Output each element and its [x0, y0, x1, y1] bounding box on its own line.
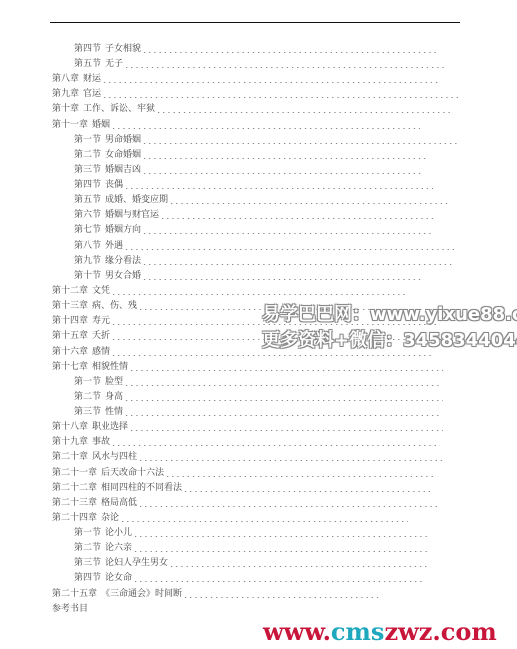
- toc-chapter-entry[interactable]: 第十二章文凭: [52, 284, 405, 299]
- dot-leader: [156, 112, 450, 113]
- watermark-line-1: 易学巴巴网：www.yixue88.cn: [262, 300, 517, 326]
- toc-entry-title: 身高: [105, 390, 124, 405]
- dot-leader: [124, 249, 455, 250]
- toc-chapter-entry[interactable]: 参考书目: [52, 602, 93, 617]
- toc-section-entry[interactable]: 第三节婚姻吉凶: [74, 163, 423, 178]
- toc-entry-title: 事故: [92, 435, 111, 450]
- toc-entry-number: 第十四章: [52, 314, 88, 329]
- dot-leader: [102, 82, 438, 83]
- toc-entry-number: 第三节: [74, 163, 101, 178]
- toc-section-entry[interactable]: 第二节论六亲: [74, 541, 428, 556]
- dot-leader: [183, 491, 434, 492]
- dot-leader: [160, 218, 435, 219]
- toc-entry-number: 参考书目: [52, 602, 88, 617]
- dot-leader: [129, 430, 443, 431]
- toc-chapter-entry[interactable]: 第二十二章相同四柱的不同看法: [52, 481, 434, 496]
- toc-section-entry[interactable]: 第六节婚姻与财官运: [74, 208, 435, 223]
- toc-entry-number: 第一节: [74, 526, 101, 541]
- toc-section-entry[interactable]: 第一节论小儿: [74, 526, 428, 541]
- toc-section-entry[interactable]: 第三节性情: [74, 405, 440, 420]
- toc-chapter-entry[interactable]: 第二十四章杂论: [52, 511, 408, 526]
- toc-section-entry[interactable]: 第二节身高: [74, 390, 443, 405]
- toc-entry-number: 第十一章: [52, 118, 88, 133]
- toc-section-entry[interactable]: 第五节无子: [74, 57, 445, 72]
- dot-leader: [111, 128, 420, 129]
- toc-entry-number: 第九章: [52, 87, 79, 102]
- dot-leader: [124, 385, 440, 386]
- toc-section-entry[interactable]: 第九节缘分看法: [74, 254, 455, 269]
- dot-leader: [111, 294, 405, 295]
- toc-entry-title: 夭折: [92, 329, 111, 344]
- toc-entry-number: 第九节: [74, 254, 101, 269]
- toc-entry-title: 脸型: [105, 375, 124, 390]
- toc-chapter-entry[interactable]: 第十七章相貌性情: [52, 360, 443, 375]
- dot-leader: [142, 158, 428, 159]
- site-watermark-part3: zwz.com: [384, 617, 496, 646]
- dot-leader: [138, 460, 443, 461]
- toc-entry-title: 寿元: [92, 314, 111, 329]
- toc-entry-number: 第二十章: [52, 450, 88, 465]
- toc-chapter-entry[interactable]: 第九章官运: [52, 87, 460, 102]
- toc-entry-title: 职业选择: [92, 420, 129, 435]
- toc-entry-number: 第三节: [74, 556, 101, 571]
- dot-leader: [124, 415, 440, 416]
- toc-entry-title: 缘分看法: [105, 254, 142, 269]
- toc-entry-title: 《三命通会》时间断: [101, 587, 183, 602]
- toc-entry-number: 第二十四章: [52, 511, 97, 526]
- site-watermark-part2: cms: [331, 617, 385, 646]
- toc-entry-number: 第二十一章: [52, 466, 97, 481]
- toc-entry-number: 第八章: [52, 72, 79, 87]
- toc-entry-title: 论小儿: [105, 526, 133, 541]
- toc-entry-title: 后天改命十六法: [101, 466, 165, 481]
- toc-entry-title: 杂论: [101, 511, 120, 526]
- toc-chapter-entry[interactable]: 第八章财运: [52, 72, 438, 87]
- toc-entry-title: 财运: [83, 72, 102, 87]
- toc-entry-number: 第十三章: [52, 299, 88, 314]
- toc-entry-title: 感情: [92, 345, 111, 360]
- toc-section-entry[interactable]: 第一节脸型: [74, 375, 440, 390]
- toc-entry-number: 第十节: [74, 269, 101, 284]
- dot-leader: [133, 536, 428, 537]
- dot-leader: [142, 52, 438, 53]
- toc-entry-number: 第五节: [74, 193, 101, 208]
- dot-leader: [120, 521, 408, 522]
- toc-entry-title: 无子: [105, 57, 124, 72]
- toc-chapter-entry[interactable]: 第十章工作、诉讼、牢狱: [52, 102, 450, 117]
- toc-entry-number: 第一节: [74, 375, 101, 390]
- toc-section-entry[interactable]: 第七节婚姻方向: [74, 223, 433, 238]
- toc-entry-title: 成婚、婚变应期: [105, 193, 169, 208]
- dot-leader: [133, 581, 422, 582]
- dot-leader: [183, 597, 382, 598]
- toc-entry-title: 论六亲: [105, 541, 133, 556]
- toc-entry-number: 第二节: [74, 390, 101, 405]
- watermark-line-2: 更多资料+微信：3458344044: [262, 326, 517, 352]
- dot-leader: [124, 67, 445, 68]
- toc-section-entry[interactable]: 第四节论女命: [74, 571, 422, 586]
- dot-leader: [133, 551, 428, 552]
- dot-leader: [124, 188, 433, 189]
- toc-entry-number: 第二十二章: [52, 481, 97, 496]
- toc-entry-number: 第四节: [74, 42, 101, 57]
- toc-entry-number: 第二节: [74, 148, 101, 163]
- toc-entry-title: 风水与四柱: [92, 450, 138, 465]
- toc-section-entry[interactable]: 第八节外遇: [74, 239, 455, 254]
- toc-entry-title: 男命婚姻: [105, 133, 142, 148]
- site-watermark: www.cmszwz.com: [263, 617, 497, 646]
- toc-section-entry[interactable]: 第二节女命婚姻: [74, 148, 428, 163]
- toc-chapter-entry[interactable]: 第十八章职业选择: [52, 420, 443, 435]
- toc-entry-title: 工作、诉讼、牢狱: [83, 102, 156, 117]
- site-watermark-part1: www.: [263, 617, 331, 646]
- toc-entry-number: 第二节: [74, 541, 101, 556]
- dot-leader: [138, 506, 438, 507]
- toc-entry-number: 第一节: [74, 133, 101, 148]
- toc-entry-number: 第十八章: [52, 420, 88, 435]
- dot-leader: [142, 173, 423, 174]
- toc-section-entry[interactable]: 第十节男女合婚: [74, 269, 423, 284]
- toc-entry-number: 第八节: [74, 239, 101, 254]
- toc-section-entry[interactable]: 第四节丧偶: [74, 178, 433, 193]
- toc-entry-title: 相貌性情: [92, 360, 129, 375]
- toc-entry-number: 第十五章: [52, 329, 88, 344]
- toc-entry-number: 第六节: [74, 208, 101, 223]
- toc-entry-number: 第七节: [74, 223, 101, 238]
- toc-section-entry[interactable]: 第四节子女相貌: [74, 42, 438, 57]
- toc-entry-title: 婚姻方向: [105, 223, 142, 238]
- toc-entry-number: 第三节: [74, 405, 101, 420]
- toc-entry-title: 论妇人孕生男女: [105, 556, 169, 571]
- dot-leader: [142, 264, 455, 265]
- dot-leader: [102, 97, 460, 98]
- toc-entry-title: 格局高低: [101, 496, 138, 511]
- toc-entry-title: 婚姻: [92, 118, 111, 133]
- toc-section-entry[interactable]: 第三节论妇人孕生男女: [74, 556, 428, 571]
- toc-entry-title: 子女相貌: [105, 42, 142, 57]
- toc-chapter-entry[interactable]: 第二十三章格局高低: [52, 496, 438, 511]
- toc-entry-number: 第二十三章: [52, 496, 97, 511]
- header-rule: [50, 22, 460, 23]
- toc-entry-title: 婚姻吉凶: [105, 163, 142, 178]
- dot-leader: [142, 233, 433, 234]
- toc-entry-title: 男女合婚: [105, 269, 142, 284]
- toc-entry-title: 外遇: [105, 239, 124, 254]
- toc-section-entry[interactable]: 第一节男命婚姻: [74, 133, 460, 148]
- toc-entry-number: 第十章: [52, 102, 79, 117]
- toc-entry-number: 第十七章: [52, 360, 88, 375]
- toc-entry-number: 第十九章: [52, 435, 88, 450]
- dot-leader: [169, 566, 428, 567]
- dot-leader: [124, 400, 443, 401]
- toc-chapter-entry[interactable]: 第二十五章《三命通会》时间断: [52, 587, 382, 602]
- dot-leader: [165, 476, 434, 477]
- toc-chapter-entry[interactable]: 第十九章事故: [52, 435, 440, 450]
- toc-entry-number: 第五节: [74, 57, 101, 72]
- toc-entry-number: 第四节: [74, 178, 101, 193]
- dot-leader: [169, 203, 450, 204]
- toc-chapter-entry[interactable]: 第二十章风水与四柱: [52, 450, 443, 465]
- toc-chapter-entry[interactable]: 第十一章婚姻: [52, 118, 420, 133]
- toc-entry-title: 婚姻与财官运: [105, 208, 160, 223]
- dot-leader: [142, 279, 423, 280]
- toc-entry-title: 官运: [83, 87, 102, 102]
- toc-entry-number: 第四节: [74, 571, 101, 586]
- dot-leader: [129, 370, 443, 371]
- toc-entry-title: 丧偶: [105, 178, 124, 193]
- dot-leader: [111, 355, 433, 356]
- dot-leader: [111, 445, 440, 446]
- toc-chapter-entry[interactable]: 第二十一章后天改命十六法: [52, 466, 434, 481]
- dot-leader: [142, 143, 460, 144]
- toc-entry-title: 文凭: [92, 284, 111, 299]
- toc-entry-title: 病、伤、残: [92, 299, 138, 314]
- toc-entry-title: 论女命: [105, 571, 133, 586]
- toc-entry-number: 第十二章: [52, 284, 88, 299]
- toc-entry-title: 相同四柱的不同看法: [101, 481, 183, 496]
- toc-entry-number: 第十六章: [52, 345, 88, 360]
- toc-entry-title: 性情: [105, 405, 124, 420]
- toc-entry-title: 女命婚姻: [105, 148, 142, 163]
- toc-entry-number: 第二十五章: [52, 587, 97, 602]
- toc-section-entry[interactable]: 第五节成婚、婚变应期: [74, 193, 450, 208]
